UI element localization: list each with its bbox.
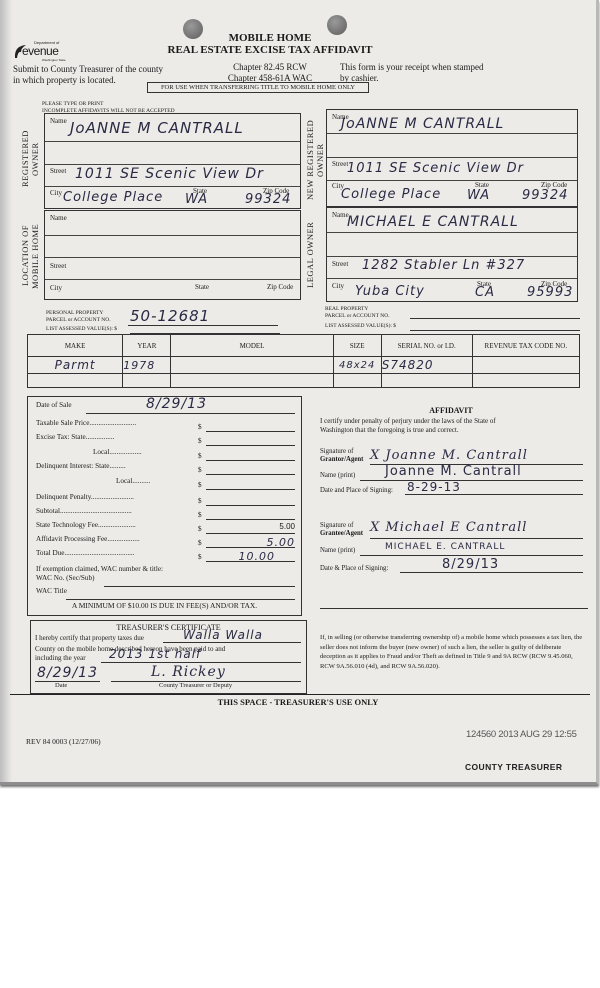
cell-size[interactable]: 48x24	[333, 357, 381, 374]
header-make: MAKE	[28, 335, 123, 357]
grantor-name-value: Joanne M. Cantrall	[385, 464, 522, 479]
tax-year-field[interactable]: 2013 1st half	[101, 652, 301, 663]
street-label: Street	[50, 262, 66, 270]
grantee-name-value: MICHAEL E. CANTRALL	[385, 542, 505, 552]
grantor-name-label: Name (print)	[320, 472, 355, 479]
grantor-signature-label: Signature of Grantor/Agent	[320, 448, 363, 464]
cell-serial[interactable]: S74820	[381, 357, 472, 374]
new-owner-city[interactable]: College Place	[341, 187, 441, 202]
cell-size[interactable]	[333, 374, 381, 388]
logo-state-text: Washington State	[42, 58, 66, 62]
grantor-name-field[interactable]: Joanne M. Cantrall	[360, 466, 583, 481]
new-registered-owner-box: Name JoANNE M CANTRALL Street 1011 SE Sc…	[326, 109, 578, 207]
submit-instruction: Submit to County Treasurer of the county…	[13, 64, 163, 86]
logo-revenue-text: evenue	[22, 44, 58, 58]
new-owner-street[interactable]: 1011 SE Scenic View Dr	[347, 161, 524, 176]
grantee-name-field[interactable]: MICHAEL E. CANTRALL	[360, 543, 583, 556]
real-property-label: REAL PROPERTY PARCEL or ACCOUNT NO.	[325, 306, 390, 320]
use-notice-box: FOR USE WHEN TRANSFERRING TITLE TO MOBIL…	[147, 82, 369, 93]
fee-row-state-technology-fee: State Technology Fee....................…	[36, 521, 295, 534]
legal-owner-label: LEGAL OWNER	[305, 210, 327, 300]
cell-tax-code[interactable]	[472, 374, 579, 388]
grantor-signature: X Joanne M. Cantrall	[370, 448, 528, 463]
registered-owner-city[interactable]: College Place	[63, 190, 163, 205]
city-label: City	[332, 282, 344, 290]
tax-year-value: 2013 1st half	[109, 647, 201, 661]
new-registered-owner-label: NEW REGISTERED OWNER	[305, 110, 327, 210]
form-number: REV 84 0003 (12/27/06)	[26, 737, 101, 746]
fee-row-delinquent-penalty: Delinquent Penalty......................…	[36, 493, 295, 506]
affidavit-section: AFFIDAVIT I certify under penalty of per…	[320, 406, 582, 435]
delinquent-state-field[interactable]	[206, 463, 295, 475]
state-technology-fee-field[interactable]: 5.00	[206, 522, 295, 534]
registered-owner-zip[interactable]: 99324	[245, 192, 291, 207]
grantor-date-field[interactable]: 8-29-13	[405, 484, 583, 495]
date-of-sale-field[interactable]: 8/29/13	[86, 400, 295, 414]
grantee-date-label: Date & Place of Signing:	[320, 565, 388, 572]
fee-row-total-due: Total Due...............................…	[36, 549, 295, 562]
receipt-notice: This form is your receipt when stamped b…	[340, 62, 483, 84]
registered-owner-name[interactable]: JoANNE M CANTRALL	[70, 119, 244, 137]
legal-owner-zip[interactable]: 95993	[527, 285, 573, 300]
affidavit-divider	[320, 608, 588, 609]
location-label: LOCATION OF MOBILE HOME	[20, 212, 44, 300]
location-box: Name Street City State Zip Code	[44, 210, 301, 300]
treasurer-signature-field[interactable]: L. Rickey	[111, 665, 301, 682]
wac-no-row: WAC No. (Sec/Sub)	[36, 574, 295, 587]
cell-tax-code[interactable]	[472, 357, 579, 374]
personal-assessed-field[interactable]	[130, 325, 280, 334]
treasurer-signature-label: County Treasurer or Deputy	[159, 682, 232, 689]
date-of-sale-row: Date of Sale 8/29/13	[36, 401, 295, 414]
certificate-line3: including the year	[35, 654, 86, 662]
county-treasurer-stamp-label: COUNTY TREASURER	[465, 762, 562, 772]
dor-logo: Department of evenue Washington State	[12, 40, 82, 64]
date-of-sale-value: 8/29/13	[146, 396, 207, 412]
real-assessed-field[interactable]	[410, 322, 580, 331]
certificate-line1: I hereby certify that property taxes due	[35, 634, 144, 642]
header-size: SIZE	[333, 335, 381, 357]
grantee-signature: X Michael E Cantrall	[370, 520, 527, 535]
grantee-date-value: 8/29/13	[442, 557, 499, 572]
registered-owner-label: REGISTERED OWNER	[20, 115, 42, 203]
personal-assessed-label: LIST ASSESSED VALUE(S): $	[46, 326, 117, 332]
fees-box: Date of Sale 8/29/13 Taxable Sale Price.…	[27, 396, 302, 616]
legal-owner-state[interactable]: CA	[475, 285, 495, 300]
fee-row-delinquent-state: Delinquent Interest: State.........$	[36, 462, 295, 475]
city-label: City	[50, 284, 62, 292]
footer-divider	[10, 694, 590, 695]
treasurer-signature: L. Rickey	[151, 664, 226, 680]
legal-owner-street[interactable]: 1282 Stabler Ln #327	[362, 258, 525, 273]
date-of-sale-label: Date of Sale	[36, 401, 72, 409]
new-owner-state[interactable]: WA	[467, 188, 490, 203]
registered-owner-street[interactable]: 1011 SE Scenic View Dr	[75, 166, 264, 182]
fee-row-affidavit-processing-fee: Affidavit Processing Fee................…	[36, 535, 295, 548]
affidavit-certify-text: I certify under penalty of perjury under…	[320, 417, 582, 435]
city-label: City	[50, 189, 62, 197]
personal-parcel-field[interactable]: 50-12681	[128, 311, 278, 326]
table-header-row: MAKE YEAR MODEL SIZE SERIAL NO. or I.D. …	[28, 335, 580, 357]
treasurer-use-only-label: THIS SPACE - TREASURER'S USE ONLY	[0, 697, 596, 707]
grantee-signature-label: Signature of Grantee/Agent	[320, 522, 363, 538]
wac-no-field[interactable]	[104, 575, 295, 587]
street-label: Street	[332, 160, 348, 168]
cell-make[interactable]	[28, 374, 123, 388]
delinquent-local-field[interactable]	[206, 478, 295, 490]
legal-owner-name[interactable]: MICHAEL E CANTRALL	[347, 214, 519, 230]
cell-year[interactable]	[123, 374, 171, 388]
header-tax-code: REVENUE TAX CODE NO.	[472, 335, 579, 357]
wac-title-row: WAC Title	[36, 587, 295, 600]
registered-owner-state[interactable]: WA	[185, 192, 208, 207]
county-value: Walla Walla	[183, 628, 263, 642]
grantor-date-label: Date and Place of Signing:	[320, 487, 393, 494]
zip-label: Zip Code	[267, 283, 293, 291]
grantee-signature-field[interactable]: X Michael E Cantrall	[370, 520, 583, 539]
subtotal-field[interactable]	[206, 508, 295, 520]
personal-parcel-value: 50-12681	[130, 307, 210, 325]
header-year: YEAR	[123, 335, 171, 357]
certificate-date-value: 8/29/13	[37, 665, 98, 681]
affidavit-title: AFFIDAVIT	[320, 406, 582, 415]
wac-title-field[interactable]	[66, 588, 295, 600]
registered-owner-box: Name JoANNE M CANTRALL Street 1011 SE Sc…	[44, 113, 301, 209]
chapter-references: Chapter 82.45 RCW Chapter 458-61A WAC	[195, 62, 345, 84]
receipt-stamp: 124560 2013 AUG 29 12:55	[466, 729, 577, 740]
legal-owner-city[interactable]: Yuba City	[355, 284, 425, 299]
cell-year[interactable]: 1978	[123, 357, 171, 374]
grantor-signature-field[interactable]: X Joanne M. Cantrall	[370, 448, 583, 465]
grantee-date-field[interactable]: 8/29/13	[400, 562, 583, 573]
table-row	[28, 374, 580, 388]
cell-model[interactable]	[171, 357, 333, 374]
taxable-sale-price-field[interactable]	[206, 420, 295, 432]
mobile-home-table: MAKE YEAR MODEL SIZE SERIAL NO. or I.D. …	[27, 334, 580, 388]
table-row: Parmt 1978 48x24 S74820	[28, 357, 580, 374]
state-label: State	[195, 283, 209, 291]
real-parcel-field[interactable]	[410, 310, 580, 319]
excise-state-field[interactable]	[206, 434, 295, 446]
real-assessed-label: LIST ASSESSED VALUE(S): $	[325, 323, 396, 329]
date-label: Date	[55, 682, 67, 689]
treasurer-certificate-box: TREASURER'S CERTIFICATE I hereby certify…	[30, 620, 307, 694]
grantor-date-value: 8-29-13	[407, 480, 461, 494]
cell-serial[interactable]	[381, 374, 472, 388]
scanned-form-page: Department of evenue Washington State Su…	[0, 0, 599, 785]
certificate-date-field[interactable]: 8/29/13	[35, 665, 100, 682]
legal-owner-box: Name MICHAEL E CANTRALL Street 1282 Stab…	[326, 207, 578, 302]
fee-row-taxable-sale-price: Taxable Sale Price......................…	[36, 419, 295, 432]
affidavit-processing-fee-field[interactable]: 5.00	[206, 536, 295, 548]
total-due-field[interactable]: 10.00	[206, 550, 295, 562]
exemption-label: If exemption claimed, WAC number & title…	[36, 565, 163, 573]
fee-row-subtotal: Subtotal................................…	[36, 507, 295, 520]
header-serial: SERIAL NO. or I.D.	[381, 335, 472, 357]
minimum-fee-notice: A MINIMUM OF $10.00 IS DUE IN FEE(S) AND…	[28, 601, 301, 610]
street-label: Street	[332, 260, 348, 268]
name-label: Name	[50, 214, 67, 222]
grantee-name-label: Name (print)	[320, 547, 355, 554]
cell-make[interactable]: Parmt	[28, 357, 123, 374]
excise-local-field[interactable]	[206, 449, 295, 461]
fee-row-excise-state: Excise Tax: State................$	[36, 433, 295, 446]
cell-model[interactable]	[171, 374, 333, 388]
fee-row-delinquent-local: Local..........$	[36, 477, 295, 490]
delinquent-penalty-field[interactable]	[206, 494, 295, 506]
name-label: Name	[50, 117, 67, 125]
fee-row-excise-local: Local..................$	[36, 448, 295, 461]
header-model: MODEL	[171, 335, 333, 357]
street-label: Street	[50, 167, 66, 175]
personal-property-label: PERSONAL PROPERTY PARCEL or ACCOUNT NO.	[46, 310, 111, 324]
county-field[interactable]: Walla Walla	[163, 631, 301, 643]
new-owner-name[interactable]: JoANNE M CANTRALL	[341, 116, 504, 132]
form-title: MOBILE HOME REAL ESTATE EXCISE TAX AFFID…	[160, 32, 380, 56]
lien-warning-text: If, in selling (or otherwise transferrin…	[320, 633, 584, 671]
new-owner-zip[interactable]: 99324	[522, 188, 568, 203]
